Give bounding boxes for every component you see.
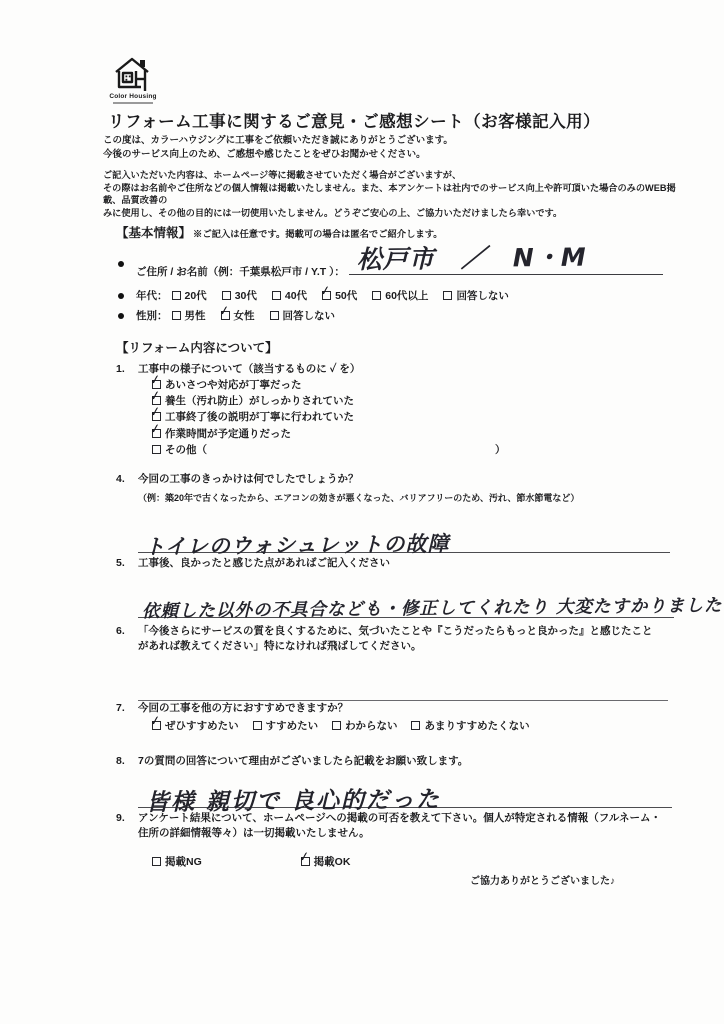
gender-option-no-answer: 回答しない xyxy=(270,308,336,323)
age-option-20s: 20代 xyxy=(172,288,207,303)
privacy-note: ご記入いただいた内容は、ホームページ等に掲載させていただく場合がございますが、 … xyxy=(103,169,678,219)
basic-info-heading: 【基本情報】 ※ご記入は任意です。掲載可の場合は匿名でご紹介します。 xyxy=(116,223,443,241)
gender-option-label: 回答しない xyxy=(283,310,336,322)
question-9-text-line1: アンケート結果について、ホームページへの掲載の可否を教えて下さい。個人が特定され… xyxy=(138,811,676,826)
age-option-40s: 40代 xyxy=(272,288,307,303)
house-logo-icon xyxy=(103,54,163,92)
age-option-label: 回答しない xyxy=(456,290,509,302)
intro-line-2: 今後のサービス向上のため、ご感想や感じたことをぜひお聞かせください。 xyxy=(103,148,453,162)
question-7: 7. 今回の工事を他の方におすすめできますか？ ぜひすすめたい すすめたい わか… xyxy=(116,701,676,734)
age-option-label: 30代 xyxy=(235,290,257,302)
handwritten-answer-q4: トイレのウォシュレットの故障 xyxy=(144,537,450,555)
answer-line-q6-blank xyxy=(138,690,668,701)
q7-option-label: わからない xyxy=(345,720,398,732)
logo-tagline-mark xyxy=(113,102,153,104)
question-9-text-line2: 住所の詳細情報等々）は一切掲載いたしません。 xyxy=(138,826,676,841)
privacy-line-3: みに使用し、その他の目的には一切使用いたしません。どうぞご安心の上、ご協力いただ… xyxy=(103,207,678,220)
q9-option-publish-ok: 掲載OK xyxy=(301,856,351,868)
question-6-text-line2: があれば教えてください」特になければ飛ばしてください。 xyxy=(138,639,676,654)
question-4-text: 今回の工事のきっかけは何でしたでしょうか？ xyxy=(138,472,676,487)
question-7-text: 今回の工事を他の方におすすめできますか？ xyxy=(138,701,676,716)
q1-item-schedule: 作業時間が予定通りだった xyxy=(152,426,506,442)
checkbox-age-40s xyxy=(272,291,281,300)
checkbox-publish-ok xyxy=(301,857,310,866)
bullet-icon xyxy=(118,293,124,299)
question-1-text: 工事中の様子について（該当するものに ✓ を） xyxy=(138,362,506,377)
age-row: 年代： 20代 30代 40代 50代 60代以上 回答しない xyxy=(118,288,524,303)
q1-item-label: 作業時間が予定通りだった xyxy=(165,428,291,440)
q7-option-label: ぜひすすめたい xyxy=(165,720,239,732)
checkbox-gender-no-answer xyxy=(270,311,279,320)
checkbox-age-no-answer xyxy=(443,291,452,300)
handwritten-address-name: 松戸市 ／ N・M xyxy=(356,238,586,276)
question-6: 6. 「今後さらにサービスの質を良くするために、気づいたことや『こうだったらもっ… xyxy=(116,624,676,701)
question-1: 1. 工事中の様子について（該当するものに ✓ を） あいさつや対応が丁寧だった… xyxy=(116,362,506,458)
age-option-no-answer: 回答しない xyxy=(443,288,509,303)
checkbox-gender-female xyxy=(221,311,230,320)
gender-option-label: 男性 xyxy=(185,310,206,322)
closing-thanks: ご協力ありがとうございました♪ xyxy=(470,872,615,887)
question-number: 1. xyxy=(116,362,138,458)
gender-option-female: 女性 xyxy=(221,308,255,323)
intro-text: この度は、カラーハウジングに工事をご依頼いただき誠にありがとうございます。 今後… xyxy=(103,134,453,161)
question-number: 4. xyxy=(116,472,138,553)
intro-line-1: この度は、カラーハウジングに工事をご依頼いただき誠にありがとうございます。 xyxy=(103,134,453,148)
q7-option-label: あまりすすめたくない xyxy=(424,720,529,732)
scanned-feedback-form: Color Housing リフォーム工事に関するご意見・ご感想シート（お客様記… xyxy=(0,0,724,1024)
address-name-row: ご住所 / お名前（例：千葉県松戸市 / Y.T ）： 松戸市 ／ N・M xyxy=(118,248,663,279)
question-8: 8. 7の質問の回答について理由がございましたら記載をお願い致します。 皆様 親… xyxy=(116,754,676,808)
checkbox-q1-other xyxy=(152,445,161,454)
privacy-line-1: ご記入いただいた内容は、ホームページ等に掲載させていただく場合がございますが、 xyxy=(103,169,678,182)
basic-info-note: ※ご記入は任意です。掲載可の場合は匿名でご紹介します。 xyxy=(193,226,443,240)
q7-option-label: すすめたい xyxy=(266,720,319,732)
question-number: 5. xyxy=(116,556,138,618)
other-close-paren: ） xyxy=(495,444,506,456)
handwritten-answer-q5: 依頼した以外の不具合なども・修正してくれたり 大変たすかりました xyxy=(142,599,723,620)
question-number: 7. xyxy=(116,701,138,734)
checkbox-gender-male xyxy=(172,311,181,320)
q1-item-protection: 養生（汚れ防止）がしっかりされていた xyxy=(152,393,506,409)
age-option-30s: 30代 xyxy=(222,288,257,303)
gender-label: 性別： xyxy=(136,308,168,323)
question-4-example: （例：築20年で古くなったから、エアコンの効きが悪くなった、バリアフリーのため、… xyxy=(138,491,676,506)
privacy-line-2: その際はお名前やご住所などの個人情報は掲載いたしません。また、本アンケートは社内… xyxy=(103,182,678,207)
question-9: 9. アンケート結果について、ホームページへの掲載の可否を教えて下さい。個人が特… xyxy=(116,811,676,870)
checkbox-q1-explanation xyxy=(152,412,161,421)
address-name-answer-line: 松戸市 ／ N・M xyxy=(349,248,663,275)
q1-item-label: 工事終了後の説明が丁寧に行われていた xyxy=(165,411,354,423)
gender-option-male: 男性 xyxy=(172,308,206,323)
q7-option-definitely: ぜひすすめたい xyxy=(152,720,239,732)
checkbox-age-60s-plus xyxy=(372,291,381,300)
checkbox-age-20s xyxy=(172,291,181,300)
checkbox-q7-not-really xyxy=(411,721,420,730)
handwritten-answer-q8: 皆様 親切で 良心的だった xyxy=(146,793,441,811)
age-option-label: 20代 xyxy=(185,290,207,302)
answer-line-q8: 皆様 親切で 良心的だった xyxy=(138,771,672,808)
checkbox-q7-recommend xyxy=(253,721,262,730)
question-5: 5. 工事後、良かったと感じた点があればご記入ください 依頼した以外の不具合など… xyxy=(116,556,676,618)
checkbox-q7-definitely xyxy=(152,721,161,730)
gender-row: 性別： 男性 女性 回答しない xyxy=(118,308,350,323)
checkbox-age-50s xyxy=(322,291,331,300)
answer-line-q4: トイレのウォシュレットの故障 xyxy=(138,512,670,553)
address-name-label: ご住所 / お名前（例：千葉県松戸市 / Y.T ）： xyxy=(136,264,345,279)
question-number: 8. xyxy=(116,754,138,808)
bullet-icon xyxy=(118,313,124,319)
q7-option-not-really: あまりすすめたくない xyxy=(411,720,529,732)
question-6-text-line1: 「今後さらにサービスの質を良くするために、気づいたことや『こうだったらもっと良か… xyxy=(138,624,676,639)
answer-line-q5: 依頼した以外の不具合なども・修正してくれたり 大変たすかりました xyxy=(138,583,674,618)
q1-item-explanation: 工事終了後の説明が丁寧に行われていた xyxy=(152,409,506,425)
basic-info-title: 【基本情報】 xyxy=(116,223,191,241)
reform-section-heading: 【リフォーム内容について】 xyxy=(116,338,278,356)
q1-item-label: その他（ xyxy=(165,444,207,456)
question-number: 9. xyxy=(116,811,138,870)
q1-item-greeting: あいさつや対応が丁寧だった xyxy=(152,377,506,393)
age-option-50s: 50代 xyxy=(322,288,357,303)
age-option-label: 40代 xyxy=(285,290,307,302)
age-option-60s-plus: 60代以上 xyxy=(372,288,428,303)
question-4: 4. 今回の工事のきっかけは何でしたでしょうか？ （例：築20年で古くなったから… xyxy=(116,472,676,553)
q9-option-label: 掲載OK xyxy=(314,856,351,868)
q7-option-unsure: わからない xyxy=(332,720,398,732)
form-title: リフォーム工事に関するご意見・ご感想シート（お客様記入用） xyxy=(108,108,668,132)
checkbox-q1-schedule xyxy=(152,429,161,438)
age-option-label: 60代以上 xyxy=(385,290,428,302)
question-5-text: 工事後、良かったと感じた点があればご記入ください xyxy=(138,556,676,571)
question-number: 6. xyxy=(116,624,138,701)
q9-option-publish-ng: 掲載NG xyxy=(152,856,202,868)
bullet-icon xyxy=(118,261,124,267)
age-label: 年代： xyxy=(136,288,168,303)
q1-item-label: 養生（汚れ防止）がしっかりされていた xyxy=(165,395,354,407)
checkbox-publish-ng xyxy=(152,857,161,866)
gender-option-label: 女性 xyxy=(234,310,255,322)
question-8-text: 7の質問の回答について理由がございましたら記載をお願い致します。 xyxy=(138,754,676,769)
q1-item-label: あいさつや対応が丁寧だった xyxy=(165,379,302,391)
q9-option-label: 掲載NG xyxy=(165,856,202,868)
q7-option-recommend: すすめたい xyxy=(253,720,319,732)
age-option-label: 50代 xyxy=(335,290,357,302)
logo-brand-text: Color Housing xyxy=(103,93,163,100)
checkbox-q7-unsure xyxy=(332,721,341,730)
checkbox-age-30s xyxy=(222,291,231,300)
company-logo: Color Housing xyxy=(103,54,163,104)
q1-item-other: その他（） xyxy=(152,442,506,458)
